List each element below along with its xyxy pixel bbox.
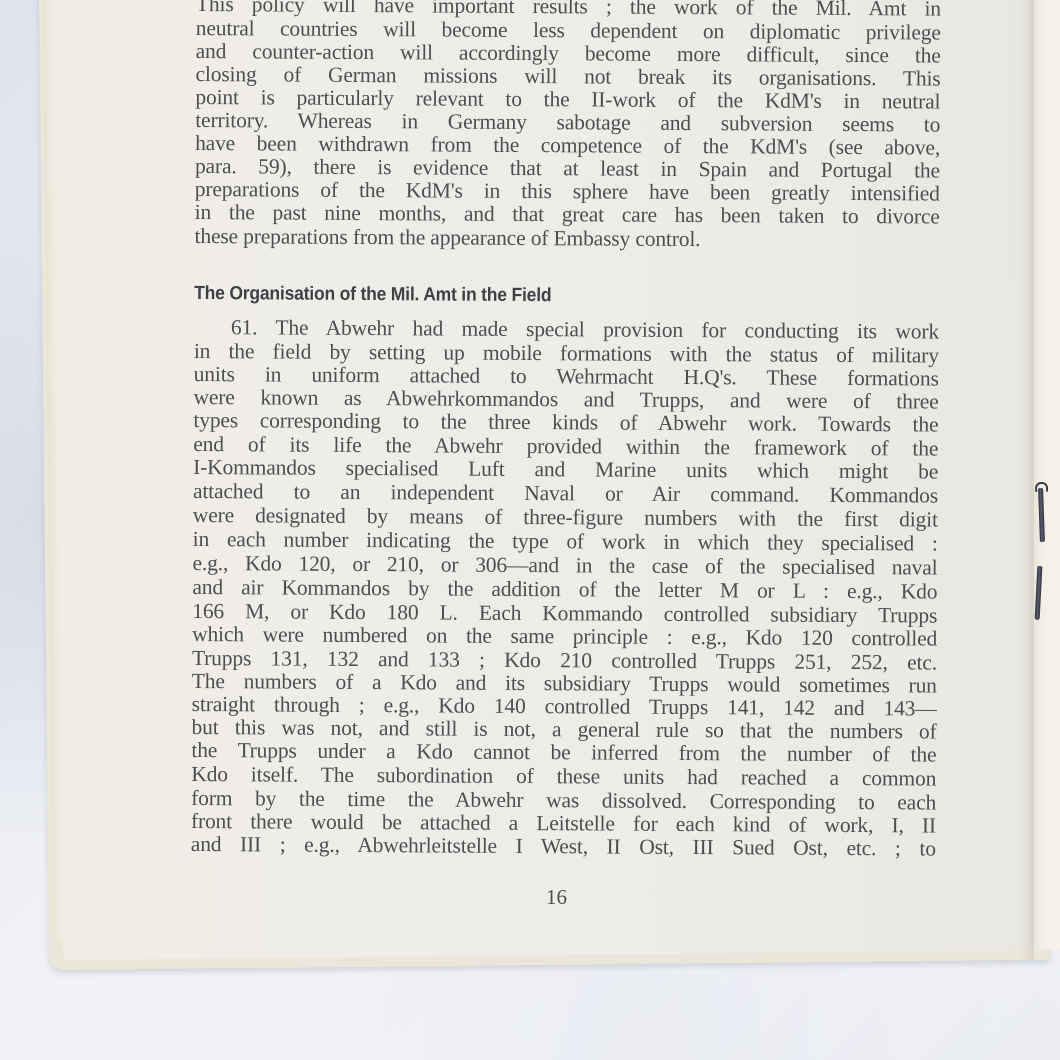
facing-page-edge (1030, 0, 1060, 950)
page-number: 16 (546, 885, 567, 910)
gutter-shadow (1020, 0, 1034, 960)
page-text: This policy will have important results … (196, 0, 941, 5)
text-line: and III ; e.g., Abwehrleitstelle I West,… (191, 832, 936, 861)
section-heading: The Organisation of the Mil. Amt in the … (194, 283, 551, 307)
paragraph-60: This policy will have important results … (196, 0, 941, 5)
text-line: these preparations from the appearance o… (194, 224, 939, 253)
